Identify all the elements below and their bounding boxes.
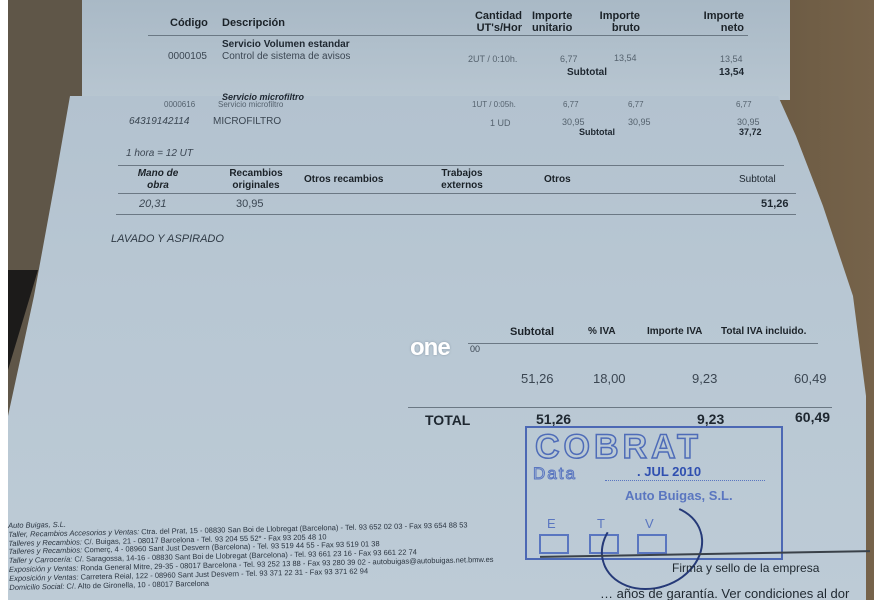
total-importe-iva: 9,23 [697,411,724,427]
stamp-title: COBRAT [535,428,702,467]
line-codigo: 64319142114 [129,116,189,127]
line-cantidad: 1 UD [490,118,511,128]
subtotal-value: 13,54 [719,67,744,78]
summary-mid-rule [118,193,796,194]
col-cantidad: CantidadUT's/Hor [460,10,522,34]
tax-partial-value: 00 [470,344,480,354]
line-bruto: 30,95 [628,117,651,127]
summary-col-otros: Otros [544,174,571,186]
stamp-date-label: Data [533,464,577,484]
line-cantidad: 2UT / 0:10h. [468,54,517,64]
line-descripcion: Servicio microfiltro [218,100,283,109]
section-title: Servicio Volumen estandar [222,39,350,50]
col-importe-bruto: Importebruto [588,10,640,34]
tax-header-rule [468,343,818,344]
stamp-checkbox [539,534,569,554]
tax-subtotal: 51,26 [521,371,554,386]
warranty-note: … años de garantía. Ver condiciones al d… [600,586,849,600]
stamp-company: Auto Buigas, S.L. [625,488,733,503]
total-label: TOTAL [425,412,470,428]
summary-mano-de-obra: 20,31 [139,198,167,210]
subtotal-label: Subtotal [579,127,615,137]
remark: LAVADO Y ASPIRADO [111,233,224,245]
summary-col-trabajos-externos: Trabajosexternos [430,168,494,192]
col-importe-unitario: Importeunitario [532,10,572,34]
line-cantidad: 1UT / 0:05h. [472,100,516,109]
col-importe-neto: Importeneto [690,10,744,34]
subtotal-value: 37,72 [739,127,762,137]
stamp-check-label: E [547,516,556,531]
tax-col-iva-pct: % IVA [588,326,616,338]
tax-importe-iva: 9,23 [692,371,717,386]
line-descripcion: MICROFILTRO [213,116,281,127]
line-unitario: 6,77 [563,100,579,109]
line-codigo: 0000616 [164,100,195,109]
line-bruto: 13,54 [614,53,637,63]
summary-subtotal: 51,26 [761,198,789,210]
company-footer: Auto Buigas, S.L. Taller, Recambios Acce… [8,512,494,593]
tax-col-importe-iva: Importe IVA [647,326,702,338]
tax-col-total: Total IVA incluido. [721,326,806,338]
line-unitario: 6,77 [560,54,578,64]
stamp-date-line [605,480,765,481]
summary-bottom-rule [116,214,796,215]
line-descripcion: Control de sistema de avisos [222,51,350,62]
summary-col-mano-de-obra: Mano deobra [120,168,196,192]
line-bruto: 6,77 [628,100,644,109]
summary-recambios-originales: 30,95 [236,198,264,210]
line-codigo: 0000105 [168,51,207,62]
stamp-check-label: T [597,516,605,531]
summary-col-otros-recambios: Otros recambios [304,174,383,186]
line-neto: 30,95 [737,117,760,127]
watermark-logo: one [410,334,450,362]
col-codigo: Código [170,17,208,29]
subtotal-label: Subtotal [567,67,607,78]
signature-label: Firma y sello de la empresa [672,561,819,575]
total-subtotal: 51,26 [536,411,571,427]
line-neto: 13,54 [720,54,743,64]
col-descripcion: Descripción [222,17,285,29]
invoice-paper-top-fold [82,0,790,100]
line-unitario: 30,95 [562,117,585,127]
header-rule [148,35,748,36]
tax-total-rule [408,407,832,408]
tax-total: 60,49 [794,371,827,386]
summary-top-rule [118,165,784,166]
stamp-date: . JUL 2010 [637,464,701,479]
summary-col-recambios-originales: Recambiosoriginales [218,168,294,192]
line-neto: 6,77 [736,100,752,109]
tax-col-subtotal: Subtotal [510,326,554,338]
total-amount: 60,49 [795,409,830,425]
ut-note: 1 hora = 12 UT [126,148,193,159]
tax-iva-pct: 18,00 [593,371,626,386]
summary-col-subtotal: Subtotal [739,174,776,185]
